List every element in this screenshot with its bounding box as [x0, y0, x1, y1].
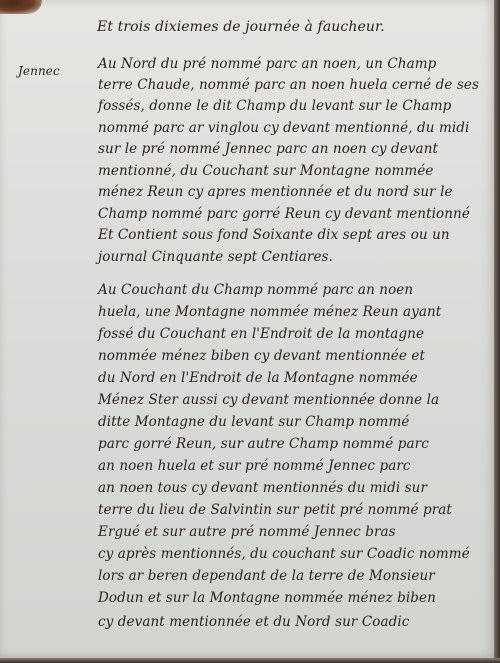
- text-line: du Nord en l'Endroit de la Montagne nomm…: [98, 370, 418, 386]
- text-line: mentionné, du Couchant sur Montagne nomm…: [98, 163, 434, 179]
- text-line: fossés, donne le dit Champ du levant sur…: [98, 98, 451, 114]
- text-line: Au Couchant du Champ nommé parc an noen: [98, 282, 413, 298]
- text-line: Champ nommé parc gorré Reun cy devant me…: [98, 206, 470, 222]
- text-line: parc gorré Reun, sur autre Champ nommé p…: [98, 436, 429, 452]
- text-line: ménez Reun cy apres mentionnée et du nor…: [98, 184, 453, 200]
- text-line: cy après mentionnés, du couchant sur Coa…: [98, 546, 470, 562]
- text-line: nommé parc ar vinglou cy devant mentionn…: [98, 120, 469, 136]
- heading-line: Et trois dixiemes de journée à faucheur.: [97, 19, 385, 35]
- text-line: terre du lieu de Salvintin sur petit pré…: [98, 502, 452, 518]
- text-line: Ergué et sur autre pré nommé Jennec bras: [98, 524, 396, 540]
- text-line: journal Cinquante sept Centiares.: [98, 249, 333, 265]
- ink-stain: [0, 0, 42, 14]
- text-line: terre Chaude, nommé parc an noen huela c…: [98, 77, 479, 93]
- margin-note: Jennec: [18, 64, 60, 78]
- text-line: cy devant mentionnée et du Nord sur Coad…: [98, 614, 409, 630]
- page-edge-bottom: [0, 658, 500, 663]
- text-line: Ménez Ster aussi cy devant mentionnée do…: [98, 392, 439, 408]
- manuscript-page: Et trois dixiemes de journée à faucheur.…: [0, 0, 497, 660]
- text-line: huela, une Montagne nommée ménez Reun ay…: [98, 304, 441, 320]
- text-line: Dodun et sur la Montagne nommée ménez bi…: [98, 590, 436, 606]
- text-line: an noen tous cy devant mentionnés du mid…: [98, 480, 427, 496]
- text-line: an noen huela et sur pré nommé Jennec pa…: [98, 458, 411, 474]
- text-line: Au Nord du pré nommé parc an noen, un Ch…: [98, 56, 436, 72]
- text-line: sur le pré nommé Jennec parc an noen cy …: [98, 141, 438, 157]
- text-line: lors ar beren dependant de la terre de M…: [98, 568, 435, 584]
- page-edge-right: [494, 0, 500, 663]
- text-line: nommée ménez biben cy devant mentionnée …: [98, 348, 425, 364]
- text-line: ditte Montagne du levant sur Champ nommé: [98, 414, 409, 430]
- text-line: Et Contient sous fond Soixante dix sept …: [98, 227, 450, 243]
- text-line: fossé du Couchant en l'Endroit de la mon…: [98, 326, 424, 342]
